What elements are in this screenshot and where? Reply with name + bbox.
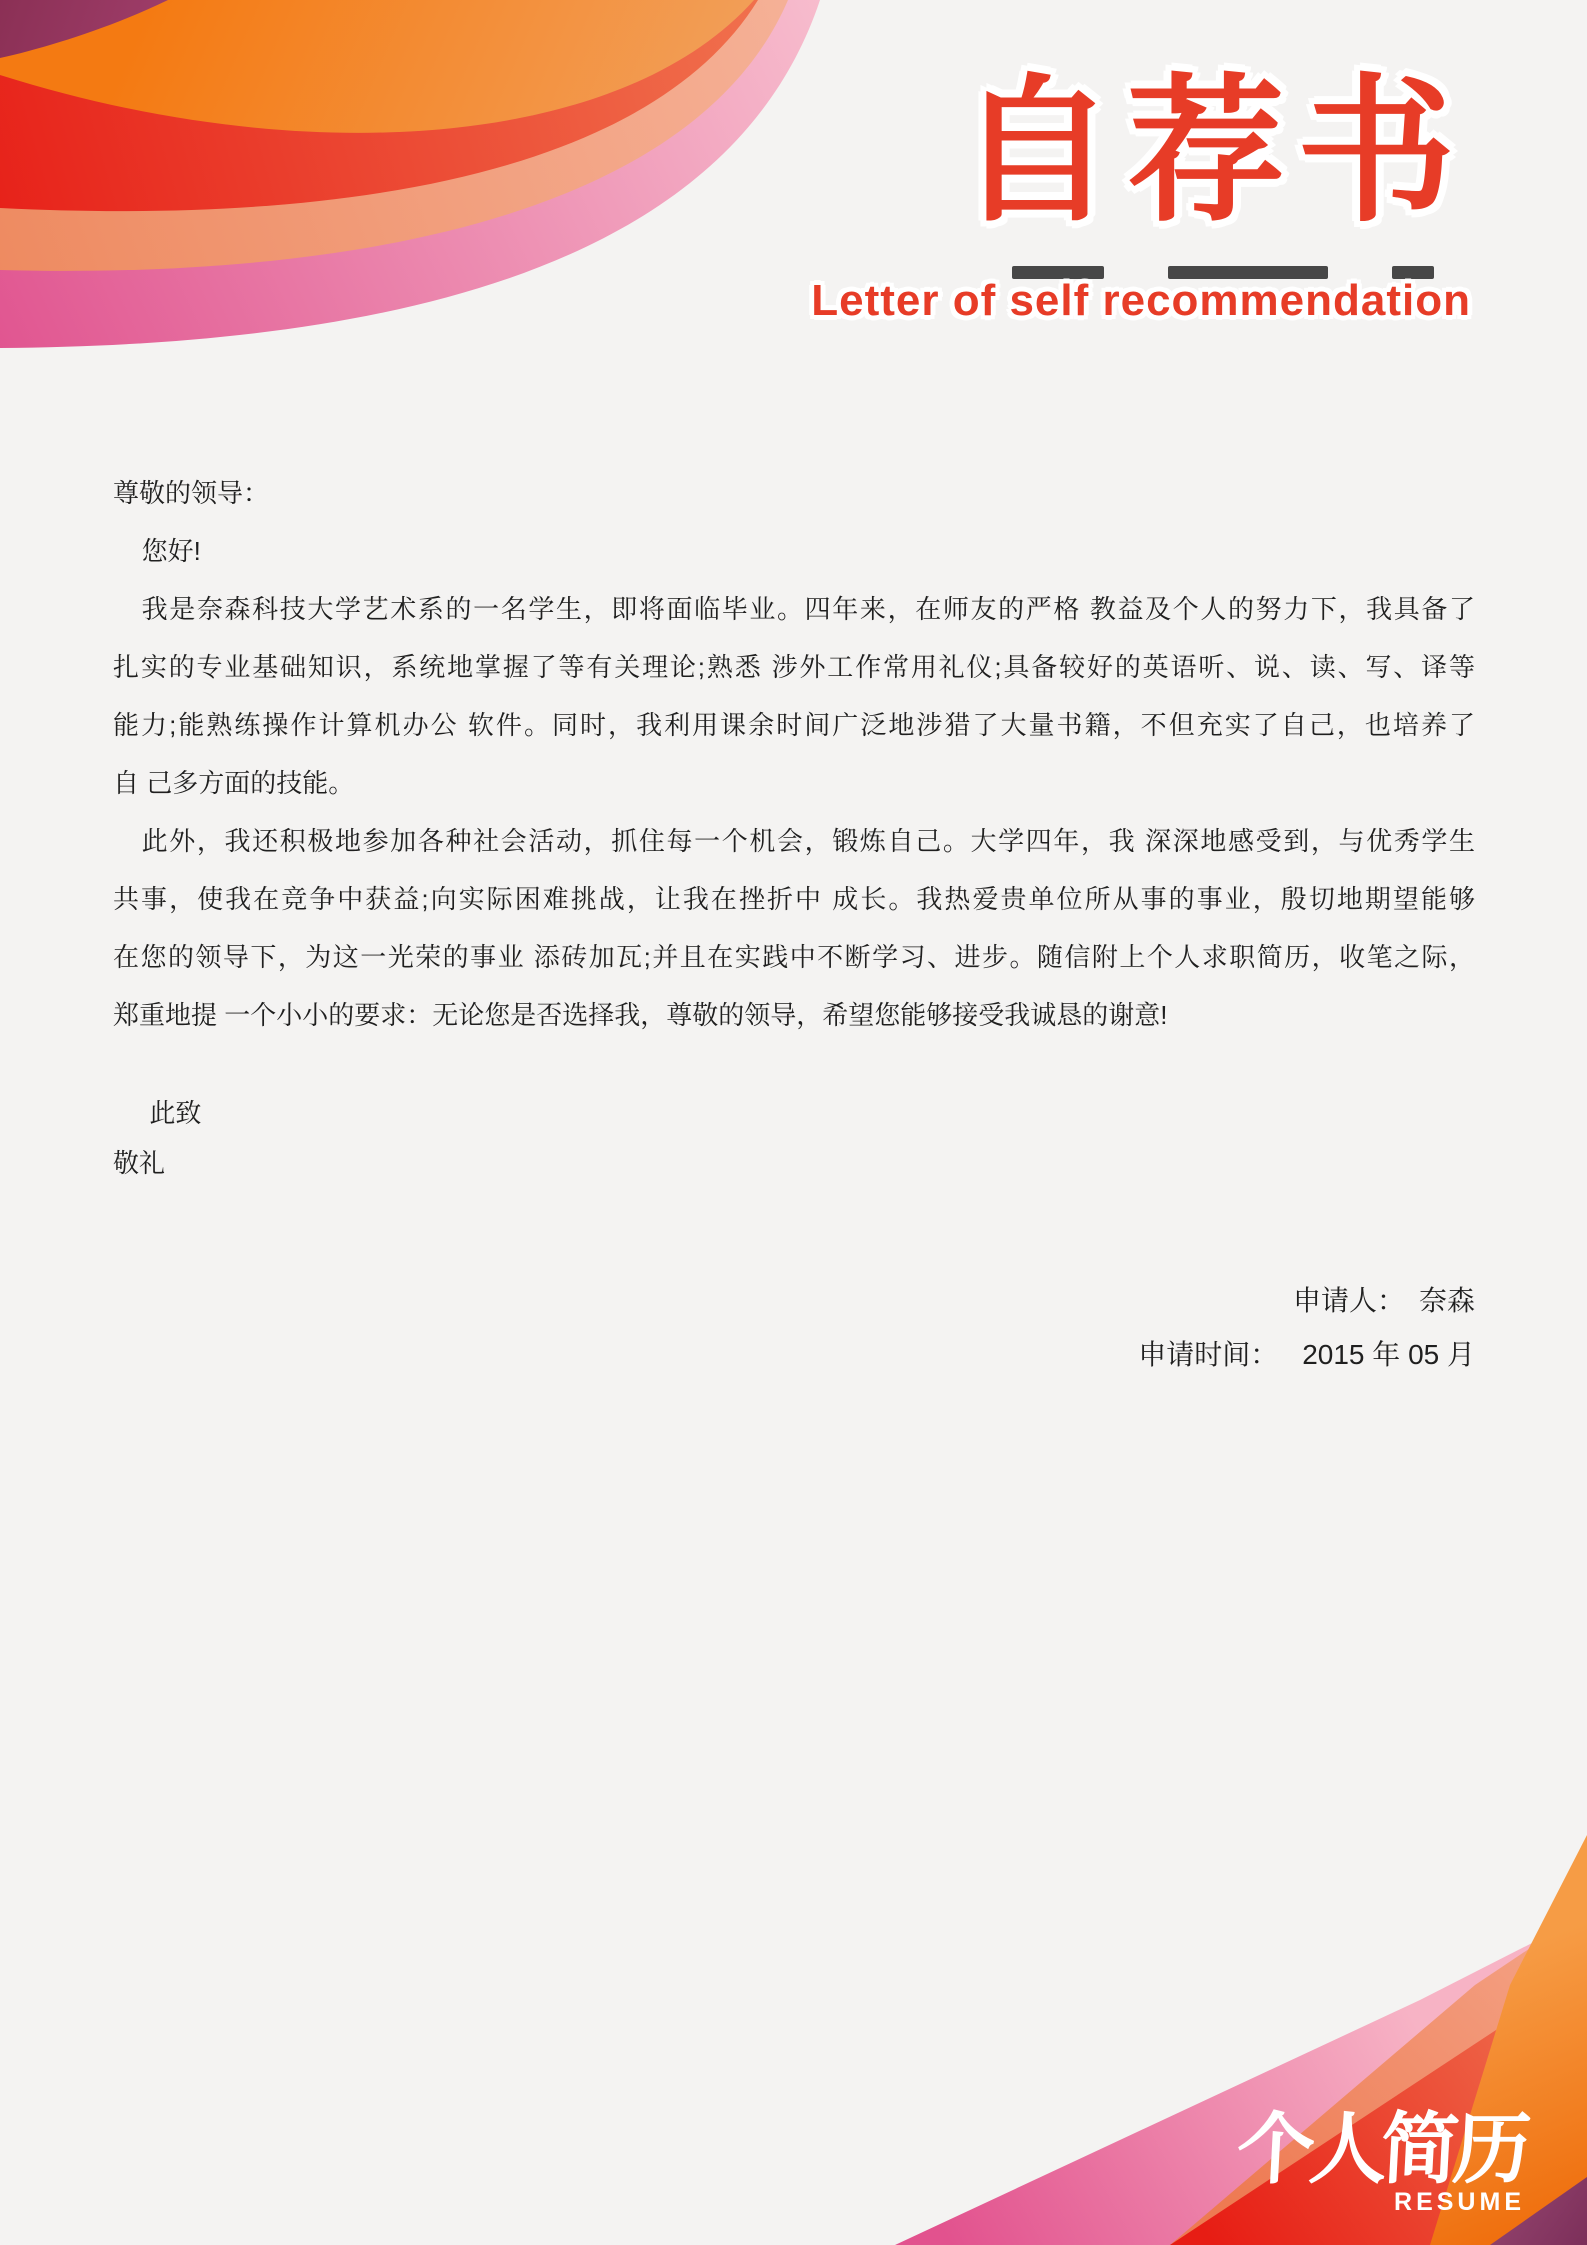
date-value: 2015 年 05 月 xyxy=(1302,1328,1475,1382)
paragraph-1: 我是奈森科技大学艺术系的一名学生，即将面临毕业。四年来，在师友的严格 教益及个人… xyxy=(113,580,1475,812)
paragraph-line: 能力;能熟练操作计算机办公 软件。同时，我利用课余时间广泛地涉猎了大量书籍，不但… xyxy=(113,696,1475,754)
applicant-label: 申请人： xyxy=(1293,1285,1405,1316)
greeting: 您好! xyxy=(113,522,1475,580)
date-label: 申请时间： xyxy=(1138,1339,1278,1370)
paragraph-line: 共事，使我在竞争中获益;向实际困难挑战，让我在挫折中 成长。我热爱贵单位所从事的… xyxy=(113,870,1475,928)
brand-logo-chinese: 个人简历 xyxy=(1234,2097,1528,2202)
page-title: 自荐书 xyxy=(957,58,1467,248)
brand-logo: 个人简历 RESUME xyxy=(1237,2097,1525,2217)
salutation: 尊敬的领导： xyxy=(113,464,1475,522)
paragraph-line: 自 己多方面的技能。 xyxy=(113,754,1475,812)
page-subtitle: Letter of self recommendation xyxy=(811,276,1471,326)
applicant-name: 奈森 xyxy=(1419,1274,1475,1328)
paragraph-line: 在您的领导下，为这一光荣的事业 添砖加瓦;并且在实践中不断学习、进步。随信附上个… xyxy=(113,928,1475,986)
signature-date: 申请时间：2015 年 05 月 xyxy=(113,1328,1475,1382)
signature-applicant: 申请人：奈森 xyxy=(113,1274,1475,1328)
letter-body: 尊敬的领导： 您好! 我是奈森科技大学艺术系的一名学生，即将面临毕业。四年来，在… xyxy=(113,464,1475,1382)
paragraph-line: 我是奈森科技大学艺术系的一名学生，即将面临毕业。四年来，在师友的严格 教益及个人… xyxy=(113,580,1475,638)
paragraph-line: 郑重地提 一个小小的要求：无论您是否选择我，尊敬的领导，希望您能够接受我诚恳的谢… xyxy=(113,986,1475,1044)
letter-page: 自荐书 Letter of self recommendation 尊敬的领导：… xyxy=(0,0,1587,2245)
paragraph-line: 扎实的专业基础知识，系统地掌握了等有关理论;熟悉 涉外工作常用礼仪;具备较好的英… xyxy=(113,638,1475,696)
closing-jingli: 敬礼 xyxy=(113,1138,1475,1188)
paragraph-2: 此外，我还积极地参加各种社会活动，抓住每一个机会，锻炼自己。大学四年，我 深深地… xyxy=(113,812,1475,1044)
paragraph-line: 此外，我还积极地参加各种社会活动，抓住每一个机会，锻炼自己。大学四年，我 深深地… xyxy=(113,812,1475,870)
closing-cizhi: 此致 xyxy=(113,1088,1475,1138)
signature-block: 申请人：奈森 申请时间：2015 年 05 月 xyxy=(113,1274,1475,1382)
